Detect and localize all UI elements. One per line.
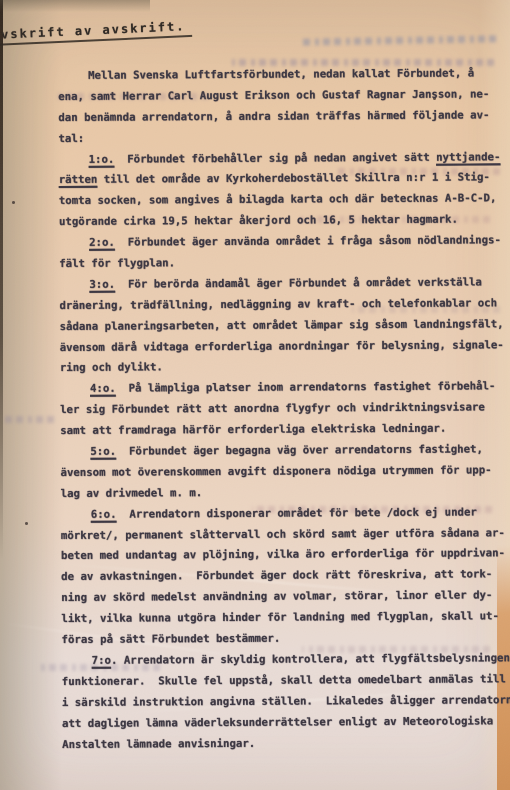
document-line: Anstalten lämnade anvisningar. <box>62 732 504 756</box>
document-line: ring och dylikt. <box>60 356 502 380</box>
document-line: dränering, trädfällning, nedläggning av … <box>59 293 501 317</box>
bleedthrough-smudge <box>2 416 54 423</box>
document-line: de av avkastningen. Förbundet äger dock … <box>61 565 503 589</box>
document-line: utgörande cirka 19,5 hektar åkerjord och… <box>59 210 501 234</box>
document-line: fält för flygplan. <box>59 251 501 275</box>
scanned-document-photo: Avskrift av avskrift. Mellan Svenska Luf… <box>0 0 510 790</box>
document-line: 7:o. Arrendatorn är skyldig kontrollera,… <box>62 648 504 672</box>
paper-top-edge-shading <box>0 0 150 12</box>
document-line: tomta socken, som angives å bilagda kart… <box>59 189 501 213</box>
document-line: rätten till det område av Kyrkoherdebost… <box>59 168 501 192</box>
document-line: funktionerar. Skulle fel uppstå, skall d… <box>62 669 504 693</box>
ink-speck <box>25 522 28 525</box>
document-line: ler sig Förbundet rätt att anordna flygf… <box>60 398 502 422</box>
document-line: likt, vilka kunna utgöra hinder för land… <box>61 606 503 630</box>
document-body: Mellan Svenska Luftfartsförbundet, nedan… <box>58 63 504 755</box>
document-line: föras på sätt Förbundet bestämmer. <box>61 627 503 651</box>
document-line: 1:o. Förbundet förbehåller sig på nedan … <box>59 147 501 171</box>
document-line: Mellan Svenska Luftfartsförbundet, nedan… <box>58 63 500 87</box>
document-line: ävensom därå vidtaga erforderliga anordn… <box>60 335 502 359</box>
document-line: ävensom mot överenskommen avgift dispone… <box>60 460 502 484</box>
document-line: 5:o. Förbundet äger begagna väg över arr… <box>60 439 502 463</box>
document-line: 2:o. Förbundet äger använda området i fr… <box>59 230 501 254</box>
document-line: 4:o. På lämpliga platser inom arrendator… <box>60 377 502 401</box>
document-line: samt att framdraga härför erforderliga e… <box>60 418 502 442</box>
document-line: 6:o. Arrendatorn disponerar området för … <box>61 502 503 526</box>
document-line: ena, samt Herrar Carl August Erikson och… <box>58 84 500 108</box>
scan-edge-shadow <box>0 0 3 560</box>
document-line: 3:o. För berörda ändamål äger Förbundet … <box>59 272 501 296</box>
document-line: ning av skörd medelst användning av volm… <box>61 586 503 610</box>
document-line: beten med undantag av plöjning, vilka är… <box>61 544 503 568</box>
document-line: att dagligen lämna väderleksunderrättels… <box>62 711 504 735</box>
document-line: dan benämnda arrendatorn, å andra sidan … <box>58 105 500 129</box>
document-line: lag av drivmedel m. m. <box>61 481 503 505</box>
ink-speck <box>12 201 15 204</box>
document-line: i särskild instruktion angivna ställen. … <box>62 690 504 714</box>
document-line: sådana planeringsarbeten, att området lä… <box>60 314 502 338</box>
document-line: tal: <box>58 126 500 150</box>
document-line: mörkret/, permanent slåttervall och skör… <box>61 523 503 547</box>
